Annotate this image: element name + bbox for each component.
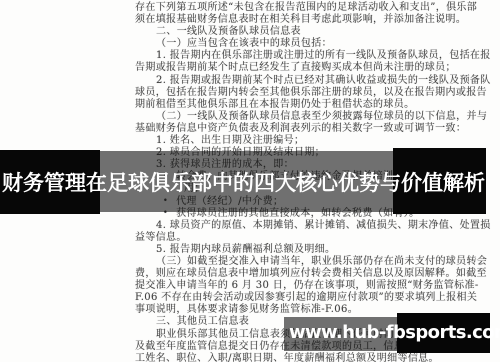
document-line: 1. 姓名、出生日期及注册编号；	[135, 135, 493, 147]
document-line: 2. 报告期或报告期前某个时点已经对其确认收益或损失的一线队及预备队	[135, 75, 493, 87]
document-line: 提交准入申请当年的 6 月 30 日，仍存在该事项，则需按照“财务监管标准-	[135, 280, 493, 292]
document-line: （一）应当包含在该表中的球员包括：	[135, 38, 493, 50]
document-line: 期前租借至其他俱乐部且在本报告期仍处于租借状态的球员。	[135, 99, 493, 111]
document-line: 费，则应在球员信息表中增加填列应付转会费相关信息以及原因解释。如截至	[135, 268, 493, 280]
document-line: 4. 球员资产的原值、本期摊销、累计摊销、减值损失、期末净值、处置损	[135, 220, 493, 232]
document-line: 告期或报告期前某个时点已经发生了直接购买成本但尚未注册的球员；	[135, 62, 493, 74]
document-line: 5. 报告期内球员薪酬福利总额及明细。	[135, 244, 493, 256]
document-page: 存在下列第五项所述“未包含在报告范围内的足球活动收入和支出”，俱乐部须在填报基础…	[0, 0, 500, 362]
document-line: （二）一线队及预备队球员信息表至少须披露每位球员的以下信息，并与	[135, 111, 493, 123]
document-line: 须在填报基础财务信息表时在相关科目考虑此项影响，并添加备注说明。	[135, 14, 493, 26]
watermark-url: www.hub-fbsports.com	[289, 322, 500, 344]
document-line: 基础财务信息中资产负债表及利润表列示的相关数字一致或可调节一致：	[135, 123, 493, 135]
document-line: （三）如截至提交准入申请当年，职业俱乐部仍存在尚未支付的球员转会	[135, 256, 493, 268]
article-title: 财务管理在足球俱乐部中的四大核心优势与价值解析	[2, 170, 498, 196]
document-line: 益等信息。	[135, 232, 493, 244]
document-line: 1. 报告期内在俱乐部注册或注册过的所有一线队及预备队球员，包括在报	[135, 50, 493, 62]
document-line: 存在下列第五项所述“未包含在报告范围内的足球活动收入和支出”，俱乐部	[135, 2, 493, 14]
document-line: 球员，包括在报告期内转会至其他俱乐部注册的球员，以及在报告期内或报告	[135, 87, 493, 99]
document-line: F.06 不存在由转会活动或因参赛引起的逾期应付款项”的要求填列上报相关	[135, 292, 493, 304]
document-line: 工姓名、职位、入职/离职日期、年度薪酬福利总额及明细等信息。	[135, 353, 493, 362]
document-line: 二、一线队及预备队球员信息表	[135, 26, 493, 38]
